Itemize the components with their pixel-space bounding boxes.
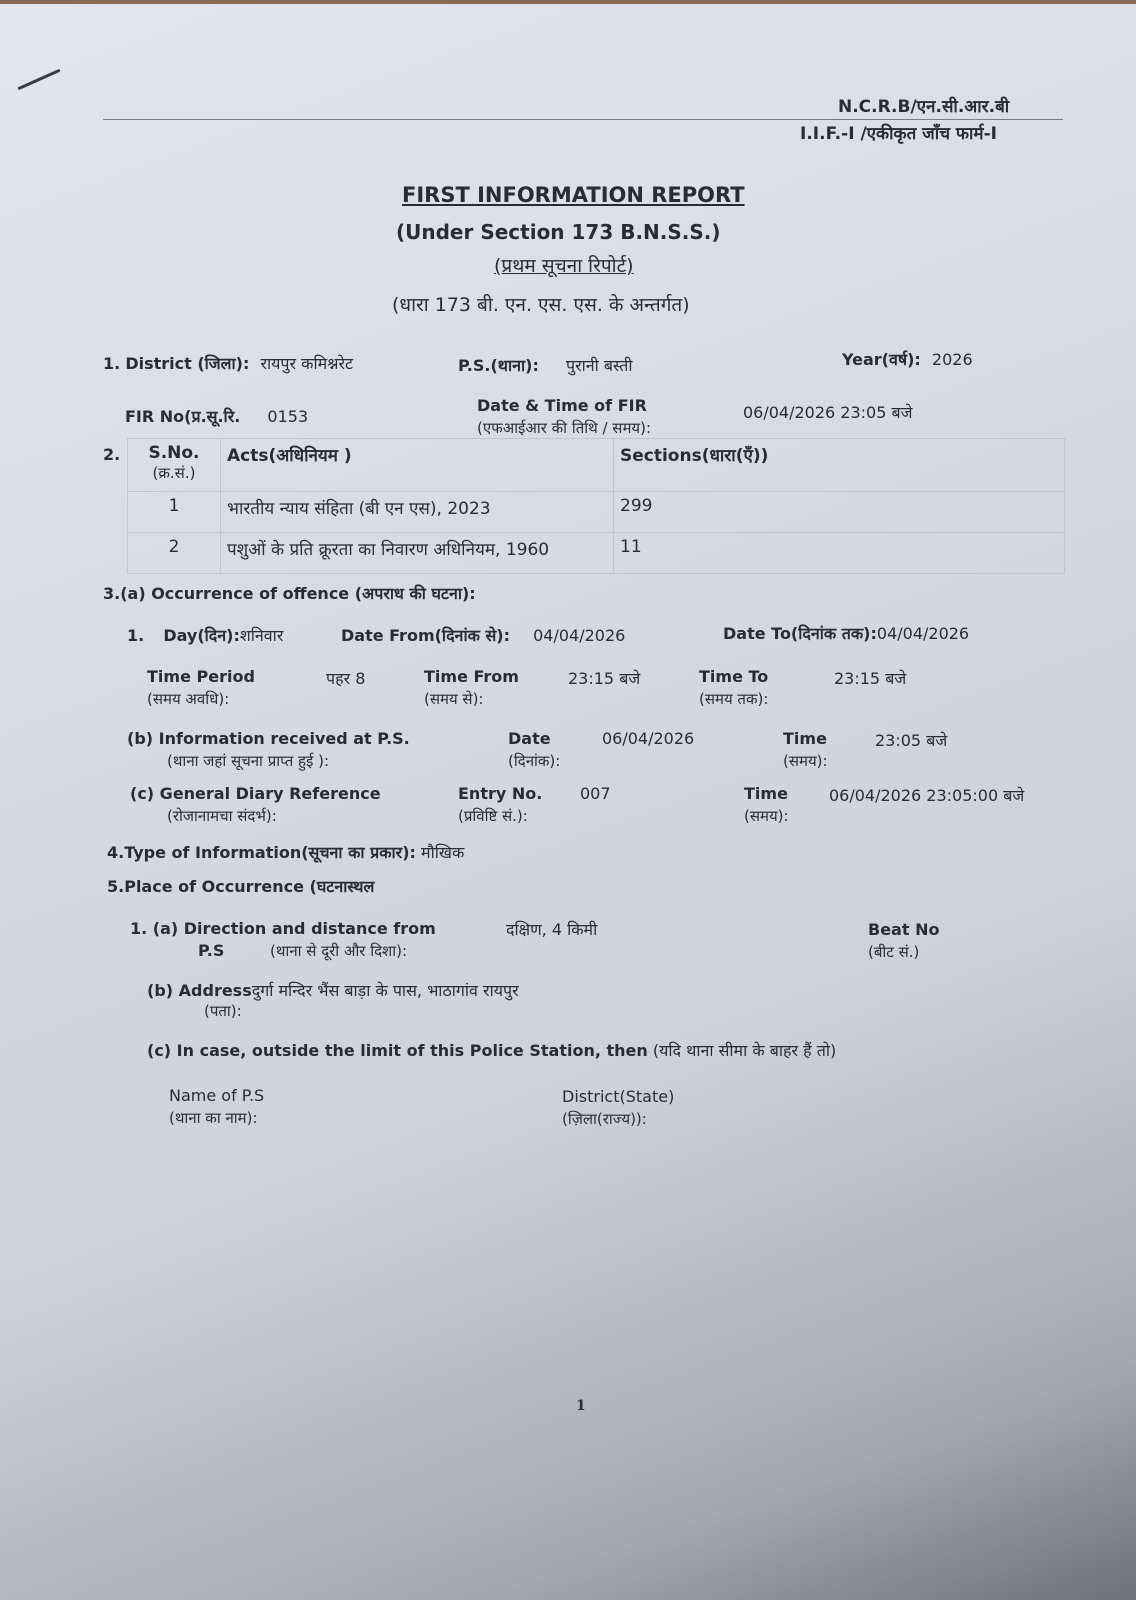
row-sno: 1 [128, 492, 221, 533]
time-period-label: Time Period [147, 667, 255, 686]
district-state-sublabel: (ज़िला(राज्य)): [562, 1109, 647, 1129]
address-value: दुर्गा मन्दिर भैंस बाड़ा के पास, भाठागां… [252, 981, 519, 1000]
time-from-sublabel: (समय से): [424, 689, 483, 709]
acts-header: Acts(अधिनियम ) [221, 439, 614, 492]
row-act: पशुओं के प्रति क्रूरता का निवारण अधिनियम… [221, 533, 614, 574]
time-to-value: 23:15 बजे [834, 667, 906, 689]
fir-datetime-sublabel: (एफआईआर की तिथि / समय): [477, 418, 651, 438]
fir-number-value: 0153 [267, 407, 308, 426]
date-from-value: 04/04/2026 [533, 626, 625, 645]
outside-limit-label-hindi: (यदि थाना सीमा के बाहर हैं तो) [653, 1041, 836, 1060]
time-to-sublabel: (समय तक): [699, 689, 768, 709]
date-from-label: Date From(दिनांक से): [341, 626, 510, 645]
info-received-sublabel: (थाना जहां सूचना प्राप्त हुई ): [167, 751, 329, 771]
document-title-hindi: (प्रथम सूचना रिपोर्ट) [494, 252, 634, 278]
item1-number: 1. [103, 354, 120, 373]
gd-reference-sublabel: (रोजानामचा संदर्भ): [167, 806, 277, 826]
gd-entry-sublabel: (प्रविष्टि सं.): [458, 806, 528, 826]
document-subtitle: (Under Section 173 B.N.S.S.) [396, 220, 721, 244]
district-label: District (जिला): [125, 354, 249, 373]
address-row: (b) Addressदुर्गा मन्दिर भैंस बाड़ा के प… [147, 979, 519, 1001]
direction-sublabel: (थाना से दूरी और दिशा): [270, 941, 407, 961]
place-of-occurrence-heading: 5.Place of Occurrence (घटनास्थल [107, 875, 374, 897]
date-to-value: 04/04/2026 [877, 624, 969, 643]
document-title: FIRST INFORMATION REPORT [402, 183, 745, 207]
ps-field: P.S.(थाना): पुरानी बस्ती [458, 354, 633, 376]
date-to-label: Date To(दिनांक तक): [723, 624, 877, 643]
occurrence-heading: 3.(a) Occurrence of offence (अपराध की घट… [103, 582, 476, 604]
info-date-sublabel: (दिनांक): [508, 751, 560, 771]
time-period-value: पहर 8 [326, 667, 365, 689]
ncrb-label: N.C.R.B/एन.सी.आर.बी [838, 94, 1009, 117]
row-act: भारतीय न्याय संहिता (बी एन एस), 2023 [221, 492, 614, 533]
direction-value: दक्षिण, 4 किमी [506, 918, 597, 940]
pen-mark [17, 69, 60, 90]
year-label: Year(वर्ष): [842, 350, 921, 369]
item1-row: 1. District (जिला): रायपुर कमिश्नरेट [103, 352, 353, 374]
info-type-row: 4.Type of Information(सूचना का प्रकार): … [107, 841, 464, 863]
info-time-sublabel: (समय): [783, 751, 828, 771]
fir-number-label: FIR No(प्र.सू.रि. [125, 407, 240, 426]
info-date-label: Date [508, 729, 551, 748]
day-label: Day(दिन): [163, 626, 240, 645]
document-subtitle-hindi: (धारा 173 बी. एन. एस. एस. के अन्तर्गत) [392, 291, 690, 317]
info-time-label: Time [783, 729, 827, 748]
header-rule [103, 119, 1063, 120]
district-value: रायपुर कमिश्नरेट [260, 354, 353, 373]
gd-time-label: Time [744, 784, 788, 803]
address-sublabel: (पता): [204, 1001, 242, 1021]
sub1-number: 1. [127, 626, 144, 645]
acts-sections-table: S.No. (क्र.सं.) Acts(अधिनियम ) Sections(… [127, 438, 1065, 574]
time-to-label: Time To [699, 667, 768, 686]
ps-name-label: Name of P.S [169, 1086, 264, 1105]
table-row: 2 पशुओं के प्रति क्रूरता का निवारण अधिनि… [128, 533, 1065, 574]
gd-time-sublabel: (समय): [744, 806, 789, 826]
info-type-value: मौखिक [421, 843, 464, 862]
time-period-sublabel: (समय अवधि): [147, 689, 229, 709]
occurrence-day-row: 1. Day(दिन):शनिवार [127, 624, 283, 646]
date-to-field: Date To(दिनांक तक):04/04/2026 [723, 622, 969, 644]
ps-name-sublabel: (थाना का नाम): [169, 1108, 258, 1128]
district-state-label: District(State) [562, 1087, 674, 1106]
page-number: 1 [576, 1398, 586, 1414]
outside-limit-row: (c) In case, outside the limit of this P… [147, 1039, 836, 1061]
row-sections: 299 [614, 492, 1065, 533]
time-from-value: 23:15 बजे [568, 667, 640, 689]
ps-label: P.S.(थाना): [458, 356, 539, 375]
form-label: I.I.F.-I /एकीकृत जाँच फार्म-I [800, 121, 997, 144]
day-value: शनिवार [240, 626, 284, 645]
fir-document-page: N.C.R.B/एन.सी.आर.बी I.I.F.-I /एकीकृत जाँ… [0, 0, 1136, 1600]
table-header-row: S.No. (क्र.सं.) Acts(अधिनियम ) Sections(… [128, 439, 1065, 492]
sno-header: S.No. (क्र.सं.) [128, 439, 221, 492]
time-from-label: Time From [424, 667, 519, 686]
fir-datetime-value: 06/04/2026 23:05 बजे [743, 401, 913, 423]
fir-datetime-label: Date & Time of FIR [477, 396, 647, 415]
desk-edge [0, 0, 1136, 4]
gd-time-value: 06/04/2026 23:05:00 बजे [829, 784, 1024, 806]
year-value: 2026 [932, 350, 973, 369]
beat-no-label: Beat No [868, 920, 939, 939]
row-sno: 2 [128, 533, 221, 574]
sections-header: Sections(धारा(एँ)) [614, 439, 1065, 492]
sno-header-hindi: (क्र.सं.) [134, 463, 214, 483]
ps-value: पुरानी बस्ती [566, 356, 633, 375]
direction-label: 1. (a) Direction and distance from [130, 919, 436, 938]
info-time-value: 23:05 बजे [875, 729, 947, 751]
year-field: Year(वर्ष): 2026 [842, 348, 973, 370]
info-type-label: 4.Type of Information(सूचना का प्रकार): [107, 843, 416, 862]
gd-entry-label: Entry No. [458, 784, 542, 803]
date-from-field: Date From(दिनांक से): 04/04/2026 [341, 624, 625, 646]
gd-entry-value: 007 [580, 784, 611, 803]
outside-limit-label: (c) In case, outside the limit of this P… [147, 1041, 648, 1060]
info-received-label: (b) Information received at P.S. [127, 729, 410, 748]
sno-header-label: S.No. [134, 443, 214, 463]
info-date-value: 06/04/2026 [602, 729, 694, 748]
fir-number-field: FIR No(प्र.सू.रि. 0153 [125, 405, 308, 427]
item2-number: 2. [103, 445, 120, 464]
address-label: (b) Address [147, 981, 252, 1000]
direction-label-ps: P.S [198, 941, 224, 960]
beat-no-sublabel: (बीट सं.) [868, 942, 919, 962]
table-row: 1 भारतीय न्याय संहिता (बी एन एस), 2023 2… [128, 492, 1065, 533]
gd-reference-label: (c) General Diary Reference [130, 784, 381, 803]
row-sections: 11 [614, 533, 1065, 574]
